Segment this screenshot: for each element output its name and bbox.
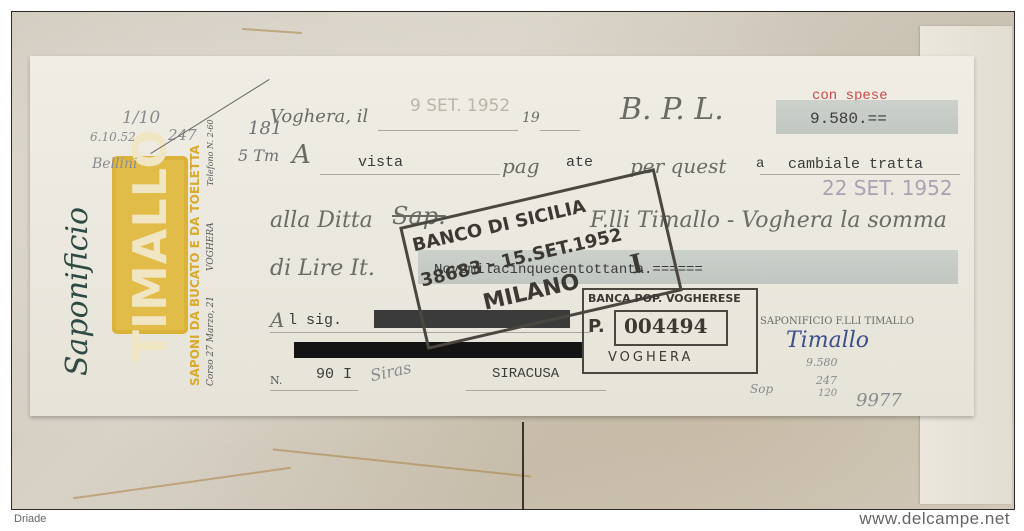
vista-rule: [320, 174, 500, 175]
stamped-date: 9 SET. 1952: [410, 96, 510, 116]
term-vista: vista: [358, 154, 403, 171]
pag-suffix: ate: [566, 154, 593, 171]
amount-figure: 9.580.==: [810, 110, 887, 128]
logo-tagline: SAPONI DA BUCATO E DA TOELETTA: [188, 145, 202, 386]
logo-script-word: Saponificio: [60, 207, 95, 376]
banco-stamp-line3: MILANO: [481, 269, 582, 315]
marble-vein: [242, 28, 302, 34]
pencil-note: 247: [168, 126, 197, 144]
drawee-salutation: l sig.: [288, 312, 342, 329]
pencil-note: 1/10: [122, 108, 160, 128]
bill-of-exchange: Saponificio TIMALLO SAPONI DA BUCATO E D…: [30, 56, 974, 416]
bank-code: B. P. L.: [620, 92, 724, 127]
logo-address: Corso 27 Marzo, 21: [206, 296, 216, 386]
tile-seam: [522, 422, 524, 510]
handwritten-city: Siras: [368, 358, 413, 385]
seller-watermark: Driade: [14, 513, 46, 525]
received-stamp: 22 SET. 1952: [822, 176, 953, 200]
drawee-label: A: [270, 308, 284, 332]
number-value: 90 I: [316, 366, 352, 383]
date-rule: [378, 130, 518, 131]
bpv-stamp-line1: BANCA POP. VOGHERESE: [588, 292, 741, 305]
pencil-note: 9977: [856, 390, 902, 411]
pencil-note: 6.10.52: [90, 130, 136, 144]
line-prefix-a: A: [292, 140, 311, 170]
amount-words-label: di Lire It.: [270, 256, 375, 281]
marble-vein: [273, 448, 532, 477]
bpv-stamp: BANCA POP. VOGHERESE P. 004494 VOGHERA: [582, 288, 758, 374]
pencil-note: 120: [818, 388, 837, 399]
signature-printed: SAPONIFICIO F.LLI TIMALLO: [760, 316, 914, 327]
cambiale-type: cambiale tratta: [788, 156, 923, 173]
logo-phone: Telefono N. 2-60: [206, 119, 215, 186]
place-label: Voghera, il: [270, 106, 368, 127]
pencil-note: 247: [816, 374, 837, 387]
number-rule: [270, 390, 358, 391]
payee-label: alla Ditta: [270, 208, 373, 233]
banco-stamp-mark: I: [627, 249, 646, 281]
marble-vein: [73, 467, 291, 500]
pencil-note: 9.580: [806, 356, 838, 369]
document-photo: Saponificio TIMALLO SAPONI DA BUCATO E D…: [11, 11, 1015, 510]
bpv-stamp-letter: P.: [588, 316, 605, 337]
city: SIRACUSA: [492, 366, 559, 382]
pencil-note: 5 Tm: [238, 146, 279, 165]
site-watermark[interactable]: www.delcampe.net: [859, 509, 1010, 529]
per-suffix: a: [756, 156, 764, 172]
number-label: N.: [270, 374, 282, 387]
year-prefix: 19: [522, 110, 540, 126]
logo-box: TIMALLO: [112, 156, 188, 334]
signature-handwritten: Timallo: [786, 328, 869, 353]
logo-city: VOGHERA: [206, 222, 216, 271]
pencil-note: Sop: [750, 382, 773, 396]
bpv-stamp-number: 004494: [624, 314, 708, 338]
pencil-note: Bellini: [92, 156, 138, 172]
bpv-stamp-city: VOGHERA: [608, 350, 693, 365]
year-rule: [540, 130, 580, 131]
city-rule: [466, 390, 606, 391]
pag-label: pag: [502, 154, 540, 178]
vista-line-rule: [760, 174, 960, 175]
